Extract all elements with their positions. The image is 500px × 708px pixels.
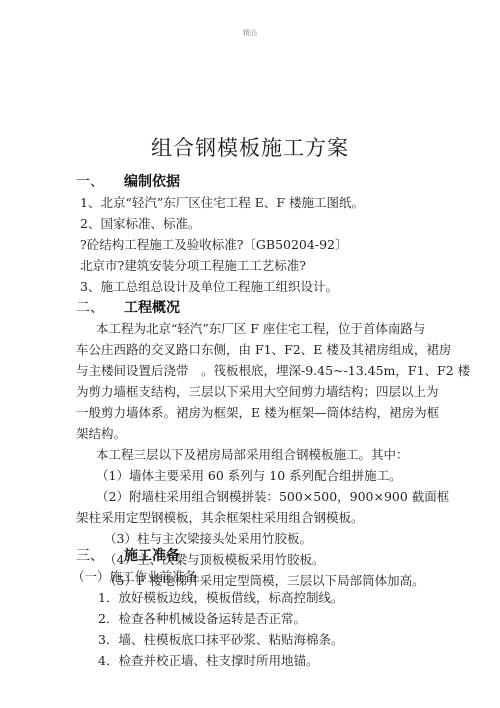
list-item: （2）附墙柱采用组合钢模拼装：500×500，900×900 截面框 bbox=[96, 487, 449, 505]
paragraph-line: 为剪力墙框支结构，三层以下采用大空间剪力墙结构；四层以上为 bbox=[76, 382, 439, 400]
page-dot bbox=[249, 661, 251, 663]
list-item: 2．检查各种机械设备运转是否正常。 bbox=[98, 609, 306, 627]
list-item: 1．放好模板边线，模板借线，标高控制线。 bbox=[98, 588, 343, 606]
text-line: ?砼结构工程施工及验收标准?〔GB50204-92〕 bbox=[80, 235, 347, 253]
text-line: 1、北京“轻汽”东厂区住宅工程 E、F 楼施工图纸。 bbox=[80, 193, 364, 211]
document-title: 组合钢模板施工方案 bbox=[0, 132, 500, 162]
paragraph-line: 本工程为北京“轻汽”东厂区 F 座住宅工程，位于首体南路与 bbox=[96, 319, 425, 337]
list-item: 3．墙、柱模板底口抹平砂浆、粘贴海棉条。 bbox=[98, 630, 343, 648]
list-item: （1）墙体主要采用 60 系列与 10 系列配合组拼施工。 bbox=[96, 466, 402, 484]
list-item: 4．检查并校正墙、柱支撑时所用地锚。 bbox=[98, 651, 318, 669]
list-item: 架柱采用定型钢模板，其余框架柱采用组合钢模板。 bbox=[76, 508, 364, 526]
text-line: 北京市?建筑安装分项工程施工工艺标准? bbox=[80, 256, 306, 274]
section-number: 一、 bbox=[76, 171, 124, 191]
text-line: 3、施工总组总设计及单位工程施工组织设计。 bbox=[80, 277, 338, 295]
section-title: 编制依据 bbox=[124, 174, 180, 190]
paragraph-line: 车公庄西路的交叉路口东侧，由 F1、F2、E 楼及其裙房组成，裙房 bbox=[76, 340, 451, 358]
section-title: 施工准备 bbox=[124, 548, 180, 564]
section-heading-3: 三、施工准备 bbox=[76, 545, 180, 565]
text-line: 2、国家标准、标准。 bbox=[80, 214, 200, 232]
section-title: 工程概况 bbox=[124, 300, 180, 316]
section-heading-1: 一、编制依据 bbox=[76, 171, 180, 191]
subsection-heading: （一）施工作业前准备 bbox=[72, 567, 197, 585]
section-number: 三、 bbox=[76, 545, 124, 565]
paragraph-line: 架结构。 bbox=[76, 424, 126, 442]
page-header: 精品 bbox=[0, 28, 500, 38]
section-heading-2: 二、工程概况 bbox=[76, 297, 180, 317]
paragraph-line: 本工程三层以下及裙房局部采用组合钢模板施工。其中： bbox=[96, 445, 409, 463]
paragraph-line: 一般剪力墙体系。裙房为框架，E 楼为框架—筒体结构，裙房为框 bbox=[76, 403, 439, 421]
section-number: 二、 bbox=[76, 297, 124, 317]
paragraph-line: 与主楼间设置后浇带 。筏板根底，埋深-9.45~-13.45m，F1、F2 楼 bbox=[76, 361, 470, 379]
